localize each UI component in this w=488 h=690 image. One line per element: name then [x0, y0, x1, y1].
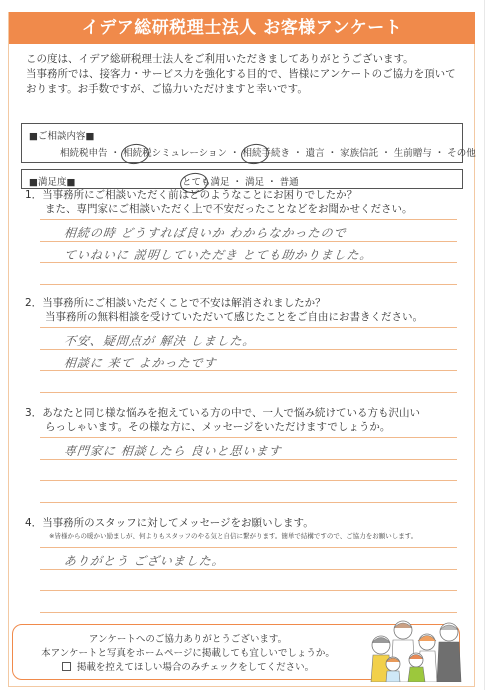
boy-figure — [386, 657, 400, 682]
question-3-line1: 3．あなたと同じ様な悩みを抱えている方の中で、一人で悩み続けている方も沢山い — [25, 406, 420, 420]
answer-rule — [40, 349, 457, 350]
option-very-satisfied[interactable]: とても満足 — [182, 177, 230, 188]
answer-2-line2: 相談に 来て よかったです — [63, 354, 217, 371]
answer-rule — [40, 370, 457, 371]
option-inheritance-procedure[interactable]: 相続手続き — [243, 148, 291, 159]
question-1-line1: 1．当事務所にご相談いただく前はどのようなことにお困りでしたか？ — [25, 188, 413, 202]
option-inheritance-tax-simulation[interactable]: 相続税シミュレーション — [123, 148, 227, 159]
option-family-trust[interactable]: 家族信託 — [340, 148, 378, 159]
grandfather-figure — [437, 623, 461, 682]
answer-2-line1: 不安、疑問点が 解決 しました。 — [63, 332, 256, 349]
consent-text: アンケートへのご協力ありがとうございます。 本アンケートと写真をホームページに掲… — [13, 633, 363, 675]
question-1: 1．当事務所にご相談いただく前はどのようなことにお困りでしたか？ また、専門家に… — [25, 188, 413, 216]
intro-line: この度は、イデア総研税理士法人をご利用いただきましてありがとうございます。 — [26, 52, 466, 67]
question-2-line2: 当事務所の無料相談を受けていただいて感じたことをご自由にお書きください。 — [25, 310, 423, 324]
girl-figure — [408, 653, 425, 682]
intro-line: 当事務所では、接客力・サービス力を強化する目的で、皆様にアンケートのご協力を頂い… — [26, 67, 466, 82]
separator: ・ — [432, 148, 448, 159]
consultation-box: ■ご相談内容■ 相続税申告 ・ 相続税シミュレーション ・ 相続手続き ・ 遺言… — [21, 123, 463, 163]
family-illustration — [365, 612, 465, 682]
question-2: 2．当事務所にご相談いただくことで不安は解消されましたか？ 当事務所の無料相談を… — [25, 296, 423, 324]
answer-rule — [40, 262, 457, 263]
publish-opt-out: 掲載を控えてほしい場合のみチェックをしてください。 — [13, 661, 363, 675]
intro-line: おります。お手数ですが、ご協力いただけますと幸いです。 — [26, 82, 466, 97]
question-4-note: ※皆様からの暖かい励ましが、何よりもスタッフのやる気と自信に繋がります。簡単で結… — [25, 530, 417, 542]
answer-rule — [40, 437, 457, 438]
separator: ・ — [325, 148, 341, 159]
option-other[interactable]: その他 — [447, 148, 476, 159]
option-lifetime-gift[interactable]: 生前贈与 — [394, 148, 432, 159]
scan-edge — [484, 0, 485, 690]
question-4: 4．当事務所のスタッフに対してメッセージをお願いします。 ※皆様からの暖かい励ま… — [25, 516, 417, 542]
answer-rule — [40, 284, 457, 285]
answer-rule — [40, 569, 457, 570]
separator: ・ — [378, 148, 394, 159]
option-will[interactable]: 遺言 — [306, 148, 325, 159]
answer-3-line1: 専門家に 相談したら 良いと思います — [63, 442, 282, 459]
answer-rule — [40, 241, 457, 242]
thanks-line: アンケートへのご協力ありがとうございます。 — [13, 633, 363, 647]
answer-1-line2: ていねいに 説明していただき とても助かりました。 — [63, 246, 373, 263]
satisfaction-title: ■満足度■ — [29, 174, 75, 188]
opt-out-checkbox[interactable] — [62, 662, 71, 671]
survey-sheet: イデア総研税理士法人 お客様アンケート この度は、イデア総研税理士法人をご利用い… — [8, 12, 475, 687]
option-average[interactable]: 普通 — [280, 177, 299, 188]
question-3: 3．あなたと同じ様な悩みを抱えている方の中で、一人で悩み続けている方も沢山い ら… — [25, 406, 420, 434]
answer-rule — [40, 459, 457, 460]
option-satisfied[interactable]: 満足 — [245, 177, 264, 188]
separator: ・ — [290, 148, 306, 159]
survey-title: イデア総研税理士法人 お客様アンケート — [9, 12, 475, 44]
answer-rule — [40, 219, 457, 220]
answer-rule — [40, 327, 457, 328]
publish-question: 本アンケートと写真をホームページに掲載しても宜しいでしょうか。 — [13, 647, 363, 661]
satisfaction-box: ■満足度■ とても満足 ・ 満足 ・ 普通 — [21, 169, 463, 189]
answer-rule — [40, 590, 457, 591]
intro-text: この度は、イデア総研税理士法人をご利用いただきましてありがとうございます。 当事… — [26, 52, 466, 97]
consultation-options: 相続税申告 ・ 相続税シミュレーション ・ 相続手続き ・ 遺言 ・ 家族信託 … — [60, 145, 476, 159]
question-2-line1: 2．当事務所にご相談いただくことで不安は解消されましたか？ — [25, 296, 423, 310]
opt-out-label: 掲載を控えてほしい場合のみチェックをしてください。 — [77, 662, 314, 673]
separator: ・ — [230, 177, 246, 188]
question-4-line1: 4．当事務所のスタッフに対してメッセージをお願いします。 — [25, 516, 417, 530]
answer-rule — [40, 547, 457, 548]
answer-rule — [40, 392, 457, 393]
question-1-line2: また、専門家にご相談いただく上で不安だったことなどをお聞かせください。 — [25, 202, 413, 216]
separator: ・ — [264, 177, 280, 188]
answer-rule — [40, 502, 457, 503]
question-3-line2: らっしゃいます。その様な方に、メッセージをいただけますでしょうか。 — [25, 420, 420, 434]
answer-1-line1: 相続の時 どうすれば良いか わからなかったので — [63, 224, 347, 241]
option-inheritance-tax-filing[interactable]: 相続税申告 — [60, 148, 108, 159]
answer-rule — [40, 480, 457, 481]
consultation-title: ■ご相談内容■ — [29, 128, 94, 142]
answer-4-line1: ありがとう ございました。 — [63, 552, 226, 569]
satisfaction-options: とても満足 ・ 満足 ・ 普通 — [182, 174, 299, 188]
